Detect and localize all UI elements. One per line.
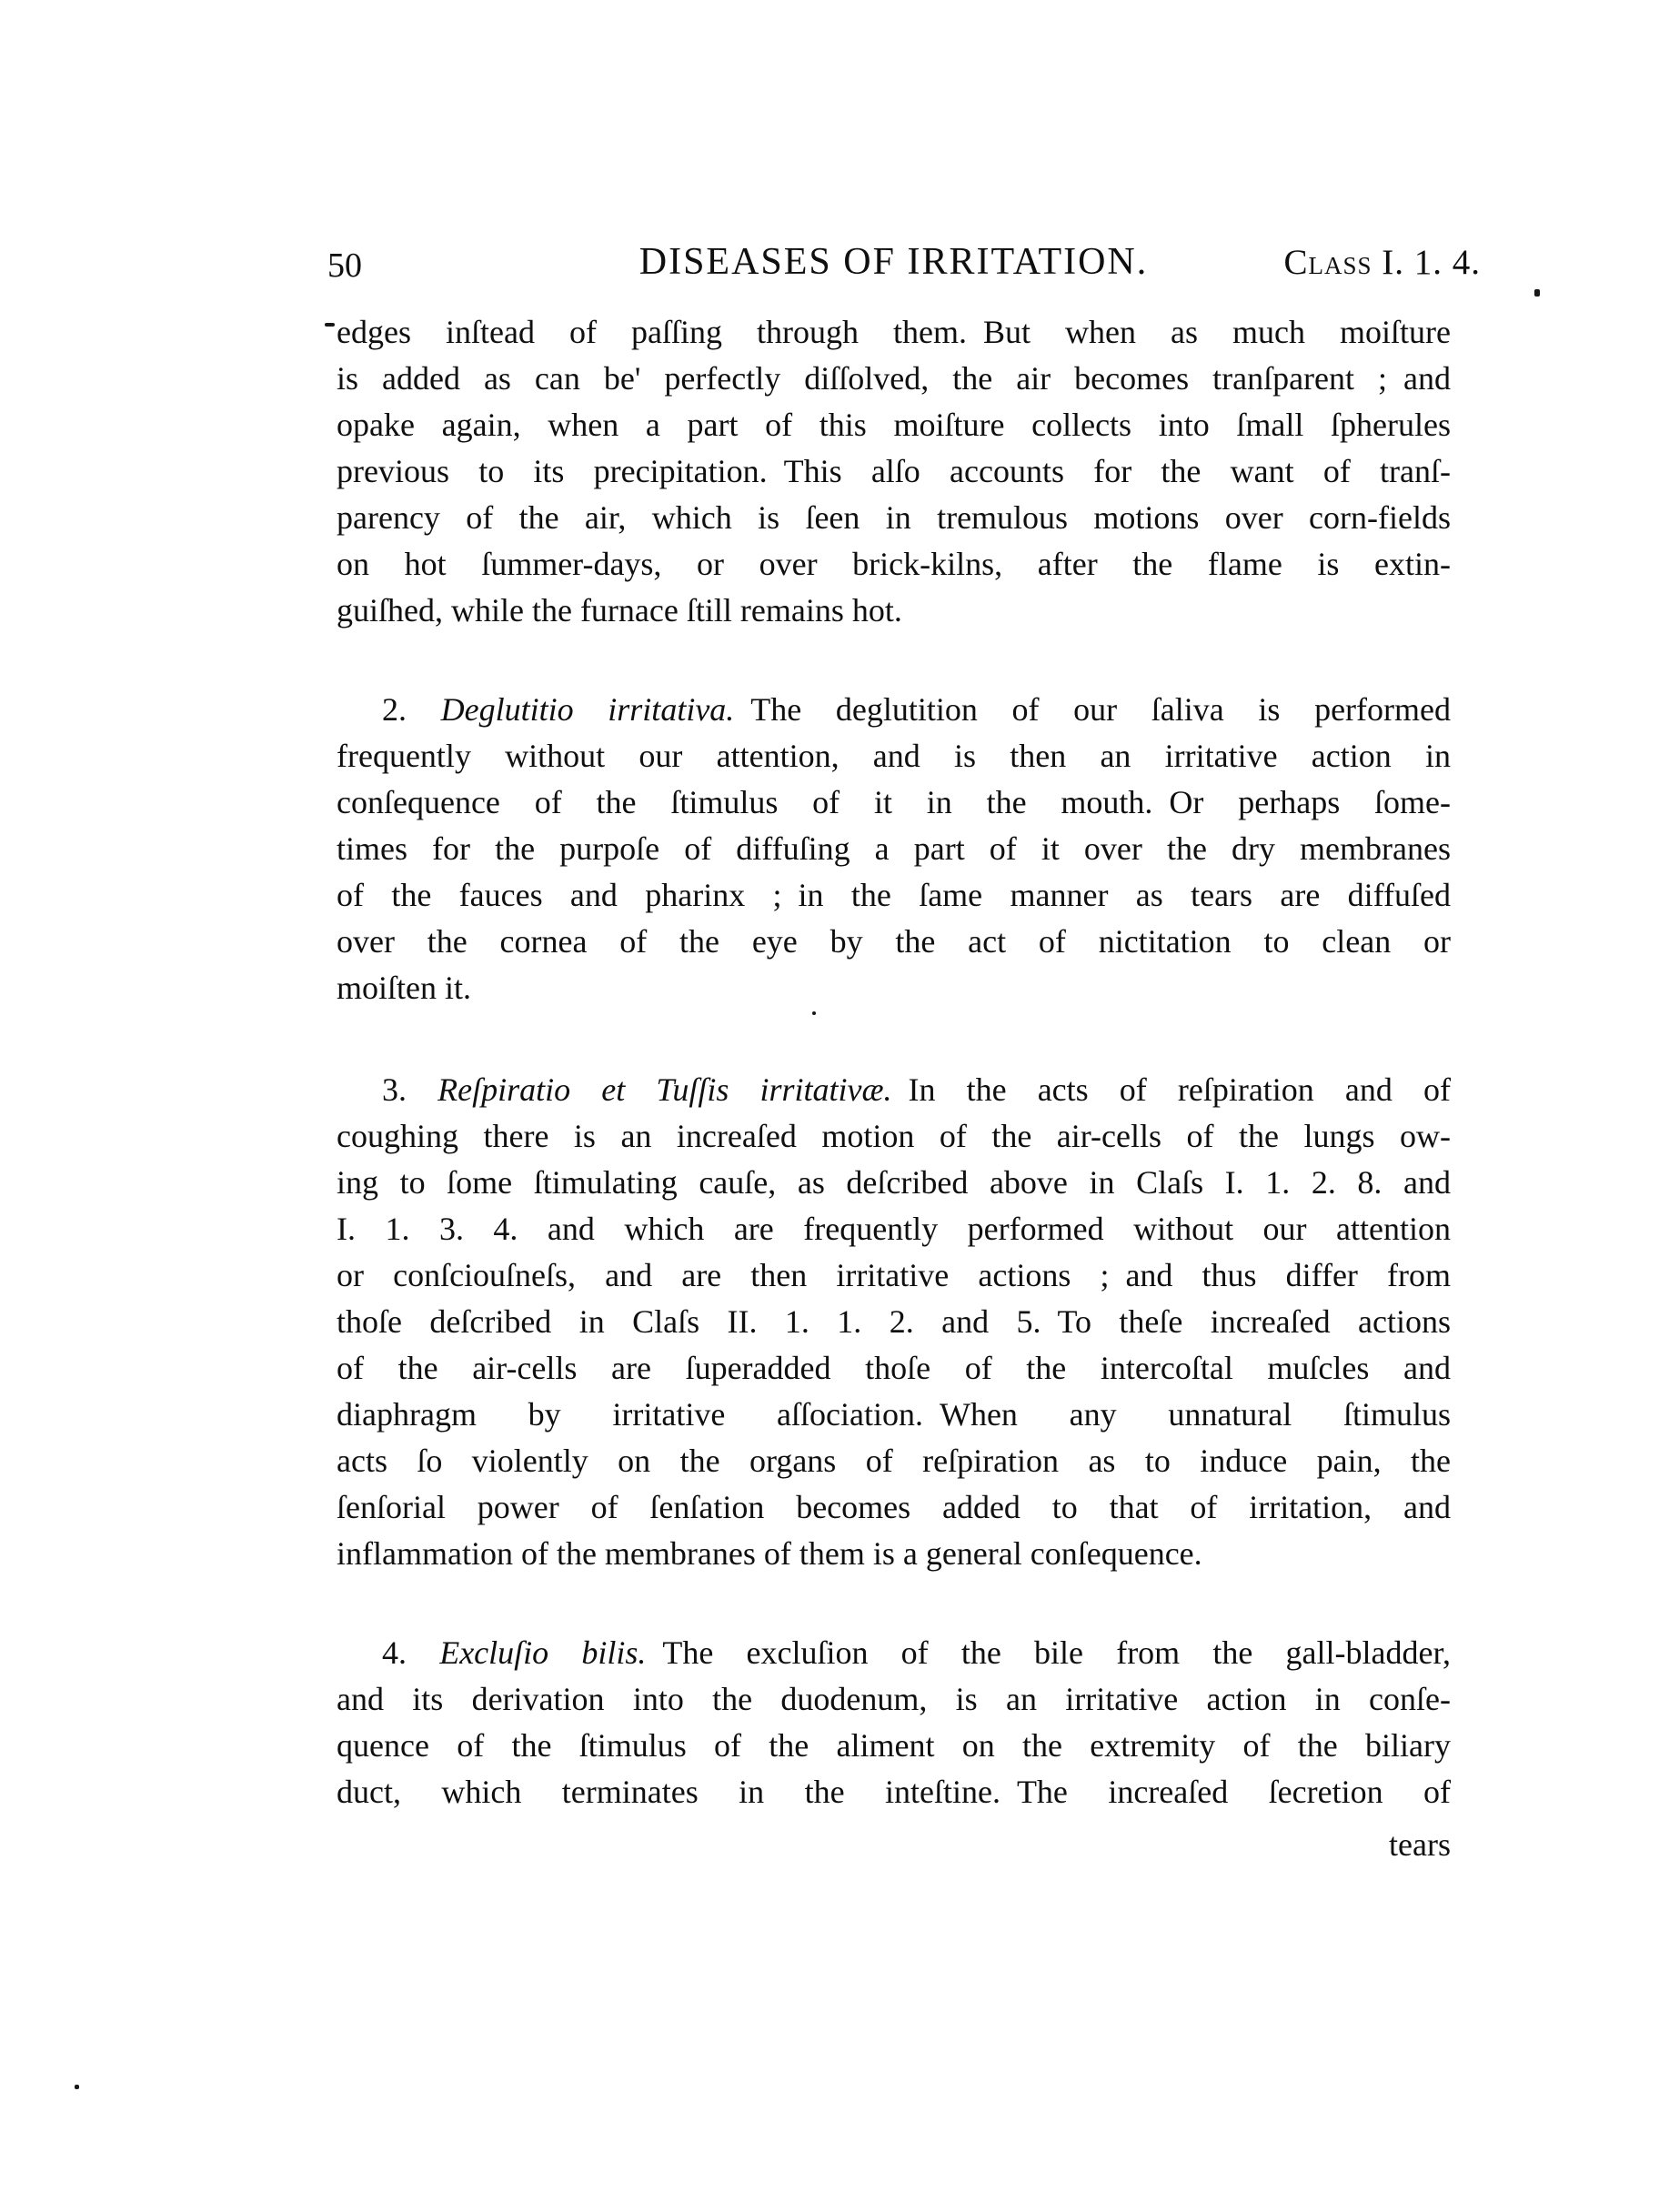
text-line: 3. Reſpiratio et Tuſſis irritativæ. In t… — [337, 1067, 1451, 1113]
text-line: opake again, when a part of this moiſtur… — [337, 402, 1451, 448]
text-segment: opake again, when a part of this moiſtur… — [337, 407, 1451, 443]
text-segment: over the cornea of the eye by the act of… — [337, 923, 1451, 960]
text-line: guiſhed, while the furnace ſtill remains… — [337, 588, 1451, 634]
text-segment: In the acts of reſpiration and of — [892, 1071, 1452, 1108]
text-line: conſequence of the ſtimulus of it in the… — [337, 779, 1451, 826]
text-line: or conſciouſneſs, and are then irritativ… — [337, 1252, 1451, 1299]
text-line: coughing there is an increaſed motion of… — [337, 1113, 1451, 1160]
catchword: tears — [1389, 1822, 1451, 1868]
text-line: of the fauces and pharinx ; in the ſame … — [337, 872, 1451, 919]
text-segment: diaphragm by irritative aſſociation. Whe… — [337, 1396, 1451, 1433]
text-line: times for the purpoſe of diffuſing a par… — [337, 826, 1451, 872]
italic-phrase: Excluſio bilis. — [439, 1634, 646, 1671]
text-segment: thoſe deſcribed in Claſs II. 1. 1. 2. an… — [337, 1303, 1451, 1340]
text-line: inflammation of the membranes of them is… — [337, 1531, 1451, 1577]
text-segment: The deglutition of our ſaliva is perform… — [734, 691, 1451, 728]
text-segment: ing to ſome ſtimulating cauſe, as deſcri… — [337, 1164, 1451, 1201]
text-segment: 2. — [382, 691, 441, 728]
text-segment: moiſten it. — [337, 970, 471, 1006]
text-line: and its derivation into the duodenum, is… — [337, 1676, 1451, 1723]
text-segment: parency of the air, which is ſeen in tre… — [337, 499, 1451, 536]
text-segment: 4. — [382, 1634, 439, 1671]
text-line: diaphragm by irritative aſſociation. Whe… — [337, 1392, 1451, 1438]
text-line: moiſten it. — [337, 965, 1451, 1011]
text-line: frequently without our attention, and is… — [337, 733, 1451, 779]
text-segment: acts ſo violently on the organs of reſpi… — [337, 1443, 1451, 1479]
italic-phrase: Deglutitio irritativa. — [441, 691, 735, 728]
text-segment: duct, which terminates in the inteſtine.… — [337, 1774, 1451, 1810]
text-line: ſenſorial power of ſenſation becomes add… — [337, 1484, 1451, 1531]
scan-speck — [75, 2085, 79, 2089]
scan-speck — [812, 1011, 816, 1015]
text-line: 4. Excluſio bilis. The excluſion of the … — [337, 1630, 1451, 1676]
text-segment: and its derivation into the duodenum, is… — [337, 1681, 1451, 1717]
paragraph-2-deglutitio: 2. Deglutitio irritativa. The deglutitio… — [337, 687, 1451, 1011]
paragraph-continuation: edges inſtead of paſſing through them. B… — [337, 309, 1451, 634]
text-segment: The excluſion of the bile from the gall-… — [646, 1634, 1451, 1671]
text-segment: inflammation of the membranes of them is… — [337, 1535, 1202, 1572]
text-line: thoſe deſcribed in Claſs II. 1. 1. 2. an… — [337, 1299, 1451, 1345]
text-segment: coughing there is an increaſed motion of… — [337, 1118, 1451, 1154]
text-segment: ſenſorial power of ſenſation becomes add… — [337, 1489, 1451, 1525]
text-line: I. 1. 3. 4. and which are frequently per… — [337, 1206, 1451, 1252]
text-line: 2. Deglutitio irritativa. The deglutitio… — [337, 687, 1451, 733]
text-line: of the air-cells are ſuperadded thoſe of… — [337, 1345, 1451, 1392]
text-segment: I. 1. 3. 4. and which are frequently per… — [337, 1211, 1451, 1247]
text-segment: guiſhed, while the furnace ſtill remains… — [337, 592, 902, 628]
text-line: duct, which terminates in the inteſtine.… — [337, 1769, 1451, 1815]
book-page: 50 DISEASES OF IRRITATION. Class I. 1. 4… — [0, 0, 1659, 2212]
text-line: parency of the air, which is ſeen in tre… — [337, 495, 1451, 541]
text-segment: of the air-cells are ſuperadded thoſe of… — [337, 1350, 1451, 1386]
text-line: ing to ſome ſtimulating cauſe, as deſcri… — [337, 1160, 1451, 1206]
text-segment: frequently without our attention, and is… — [337, 738, 1451, 774]
paragraph-3-respiratio: 3. Reſpiratio et Tuſſis irritativæ. In t… — [337, 1067, 1451, 1577]
text-line: on hot ſummer-days, or over brick-kilns,… — [337, 541, 1451, 588]
text-block: edges inſtead of paſſing through them. B… — [337, 0, 1451, 2212]
paragraph-4-exclusio: 4. Excluſio bilis. The excluſion of the … — [337, 1630, 1451, 1815]
text-line: edges inſtead of paſſing through them. B… — [337, 309, 1451, 356]
text-line: previous to its precipitation. This alſo… — [337, 448, 1451, 495]
text-segment: quence of the ſtimulus of the aliment on… — [337, 1727, 1451, 1764]
scan-speck — [325, 323, 335, 327]
text-line: over the cornea of the eye by the act of… — [337, 919, 1451, 965]
text-segment: times for the purpoſe of diffuſing a par… — [337, 830, 1451, 867]
text-line: acts ſo violently on the organs of reſpi… — [337, 1438, 1451, 1484]
scan-speck — [1534, 289, 1540, 297]
text-segment: on hot ſummer-days, or over brick-kilns,… — [337, 546, 1451, 582]
text-segment: conſequence of the ſtimulus of it in the… — [337, 784, 1451, 820]
text-segment: is added as can be' perfectly diſſolved,… — [337, 360, 1451, 397]
text-segment: or conſciouſneſs, and are then irritativ… — [337, 1257, 1451, 1293]
text-segment: 3. — [382, 1071, 437, 1108]
text-segment: of the fauces and pharinx ; in the ſame … — [337, 877, 1451, 913]
italic-phrase: Reſpiratio et Tuſſis irritativæ. — [437, 1071, 891, 1108]
text-line: quence of the ſtimulus of the aliment on… — [337, 1723, 1451, 1769]
text-line: is added as can be' perfectly diſſolved,… — [337, 356, 1451, 402]
text-segment: edges inſtead of paſſing through them. B… — [337, 314, 1451, 350]
text-segment: previous to its precipitation. This alſo… — [337, 453, 1451, 489]
